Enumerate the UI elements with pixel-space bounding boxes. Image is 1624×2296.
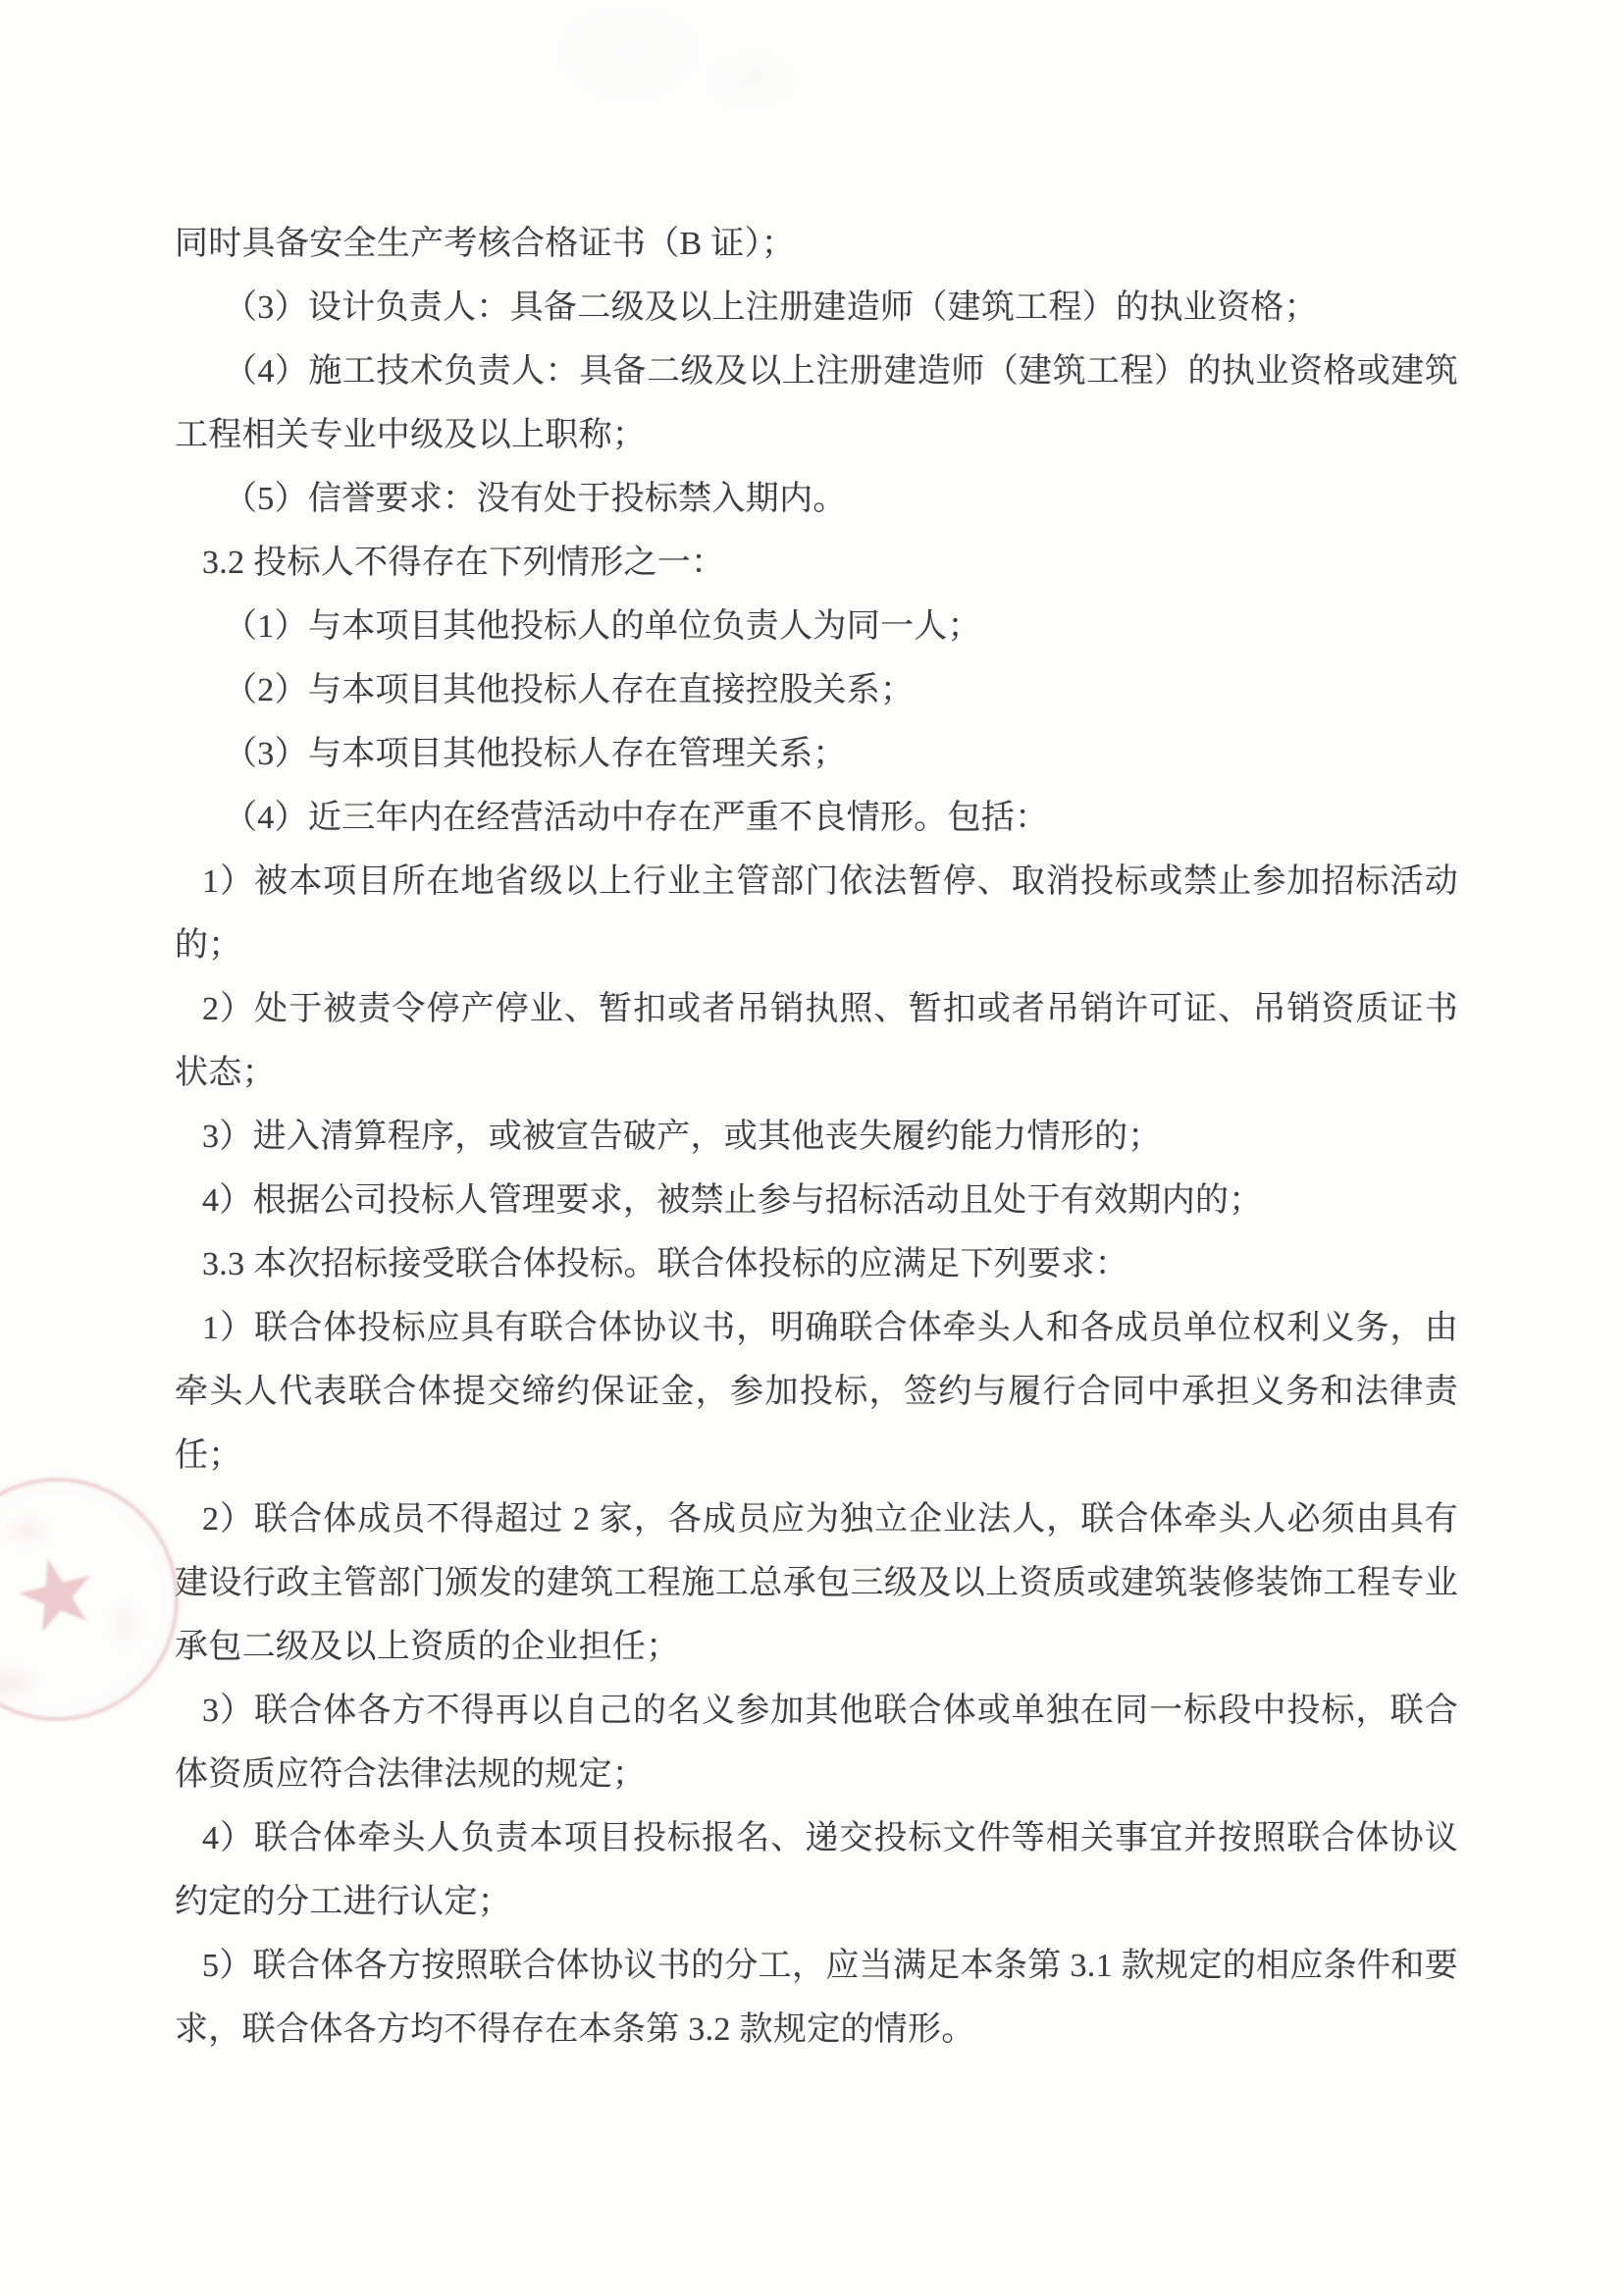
paragraph: 3）进入清算程序，或被宣告破产，或其他丧失履约能力情形的； bbox=[175, 1105, 1458, 1169]
paragraph: （2）与本项目其他投标人存在直接控股关系； bbox=[175, 658, 1458, 722]
document-body: 同时具备安全生产考核合格证书（B 证）；（3）设计负责人：具备二级及以上注册建造… bbox=[175, 212, 1458, 2061]
paragraph: 4）联合体牵头人负责本项目投标报名、递交投标文件等相关事宜并按照联合体协议约定的… bbox=[175, 1806, 1458, 1934]
seal-ink-smudge bbox=[0, 1478, 179, 1721]
paragraph: 2）处于被责令停产停业、暂扣或者吊销执照、暂扣或者吊销许可证、吊销资质证书状态； bbox=[175, 977, 1458, 1105]
paragraph: （3）与本项目其他投标人存在管理关系； bbox=[175, 722, 1458, 786]
paragraph: （4）近三年内在经营活动中存在严重不良情形。包括： bbox=[175, 786, 1458, 850]
paragraph: 5）联合体各方按照联合体协议书的分工，应当满足本条第 3.1 款规定的相应条件和… bbox=[175, 1934, 1458, 2061]
paragraph: 同时具备安全生产考核合格证书（B 证）； bbox=[175, 212, 1458, 276]
paragraph: 3.2 投标人不得存在下列情形之一： bbox=[175, 531, 1458, 595]
seal-inner-ring bbox=[0, 1491, 165, 1707]
paragraph: 2）联合体成员不得超过 2 家，各成员应为独立企业法人，联合体牵头人必须由具有建… bbox=[175, 1487, 1458, 1679]
seal-outer-ring bbox=[0, 1478, 179, 1721]
paragraph: 1）联合体投标应具有联合体协议书，明确联合体牵头人和各成员单位权利义务，由牵头人… bbox=[175, 1296, 1458, 1487]
paragraph: 3）联合体各方不得再以自己的名义参加其他联合体或单独在同一标段中投标，联合体资质… bbox=[175, 1679, 1458, 1806]
paragraph: 3.3 本次招标接受联合体投标。联合体投标的应满足下列要求： bbox=[175, 1232, 1458, 1296]
document-page: 同时具备安全生产考核合格证书（B 证）；（3）设计负责人：具备二级及以上注册建造… bbox=[0, 0, 1624, 2296]
red-seal-stamp: ★ bbox=[0, 1478, 179, 1721]
paragraph: （4）施工技术负责人：具备二级及以上注册建造师（建筑工程）的执业资格或建筑工程相… bbox=[175, 339, 1458, 467]
paragraph: （1）与本项目其他投标人的单位负责人为同一人； bbox=[175, 595, 1458, 658]
paragraph: 1）被本项目所在地省级以上行业主管部门依法暂停、取消投标或禁止参加招标活动的； bbox=[175, 850, 1458, 977]
paragraph: （3）设计负责人：具备二级及以上注册建造师（建筑工程）的执业资格； bbox=[175, 276, 1458, 339]
paragraph: （5）信誉要求：没有处于投标禁入期内。 bbox=[175, 467, 1458, 531]
star-icon: ★ bbox=[4, 1539, 111, 1652]
paragraph: 4）根据公司投标人管理要求，被禁止参与招标活动且处于有效期内的； bbox=[175, 1169, 1458, 1232]
